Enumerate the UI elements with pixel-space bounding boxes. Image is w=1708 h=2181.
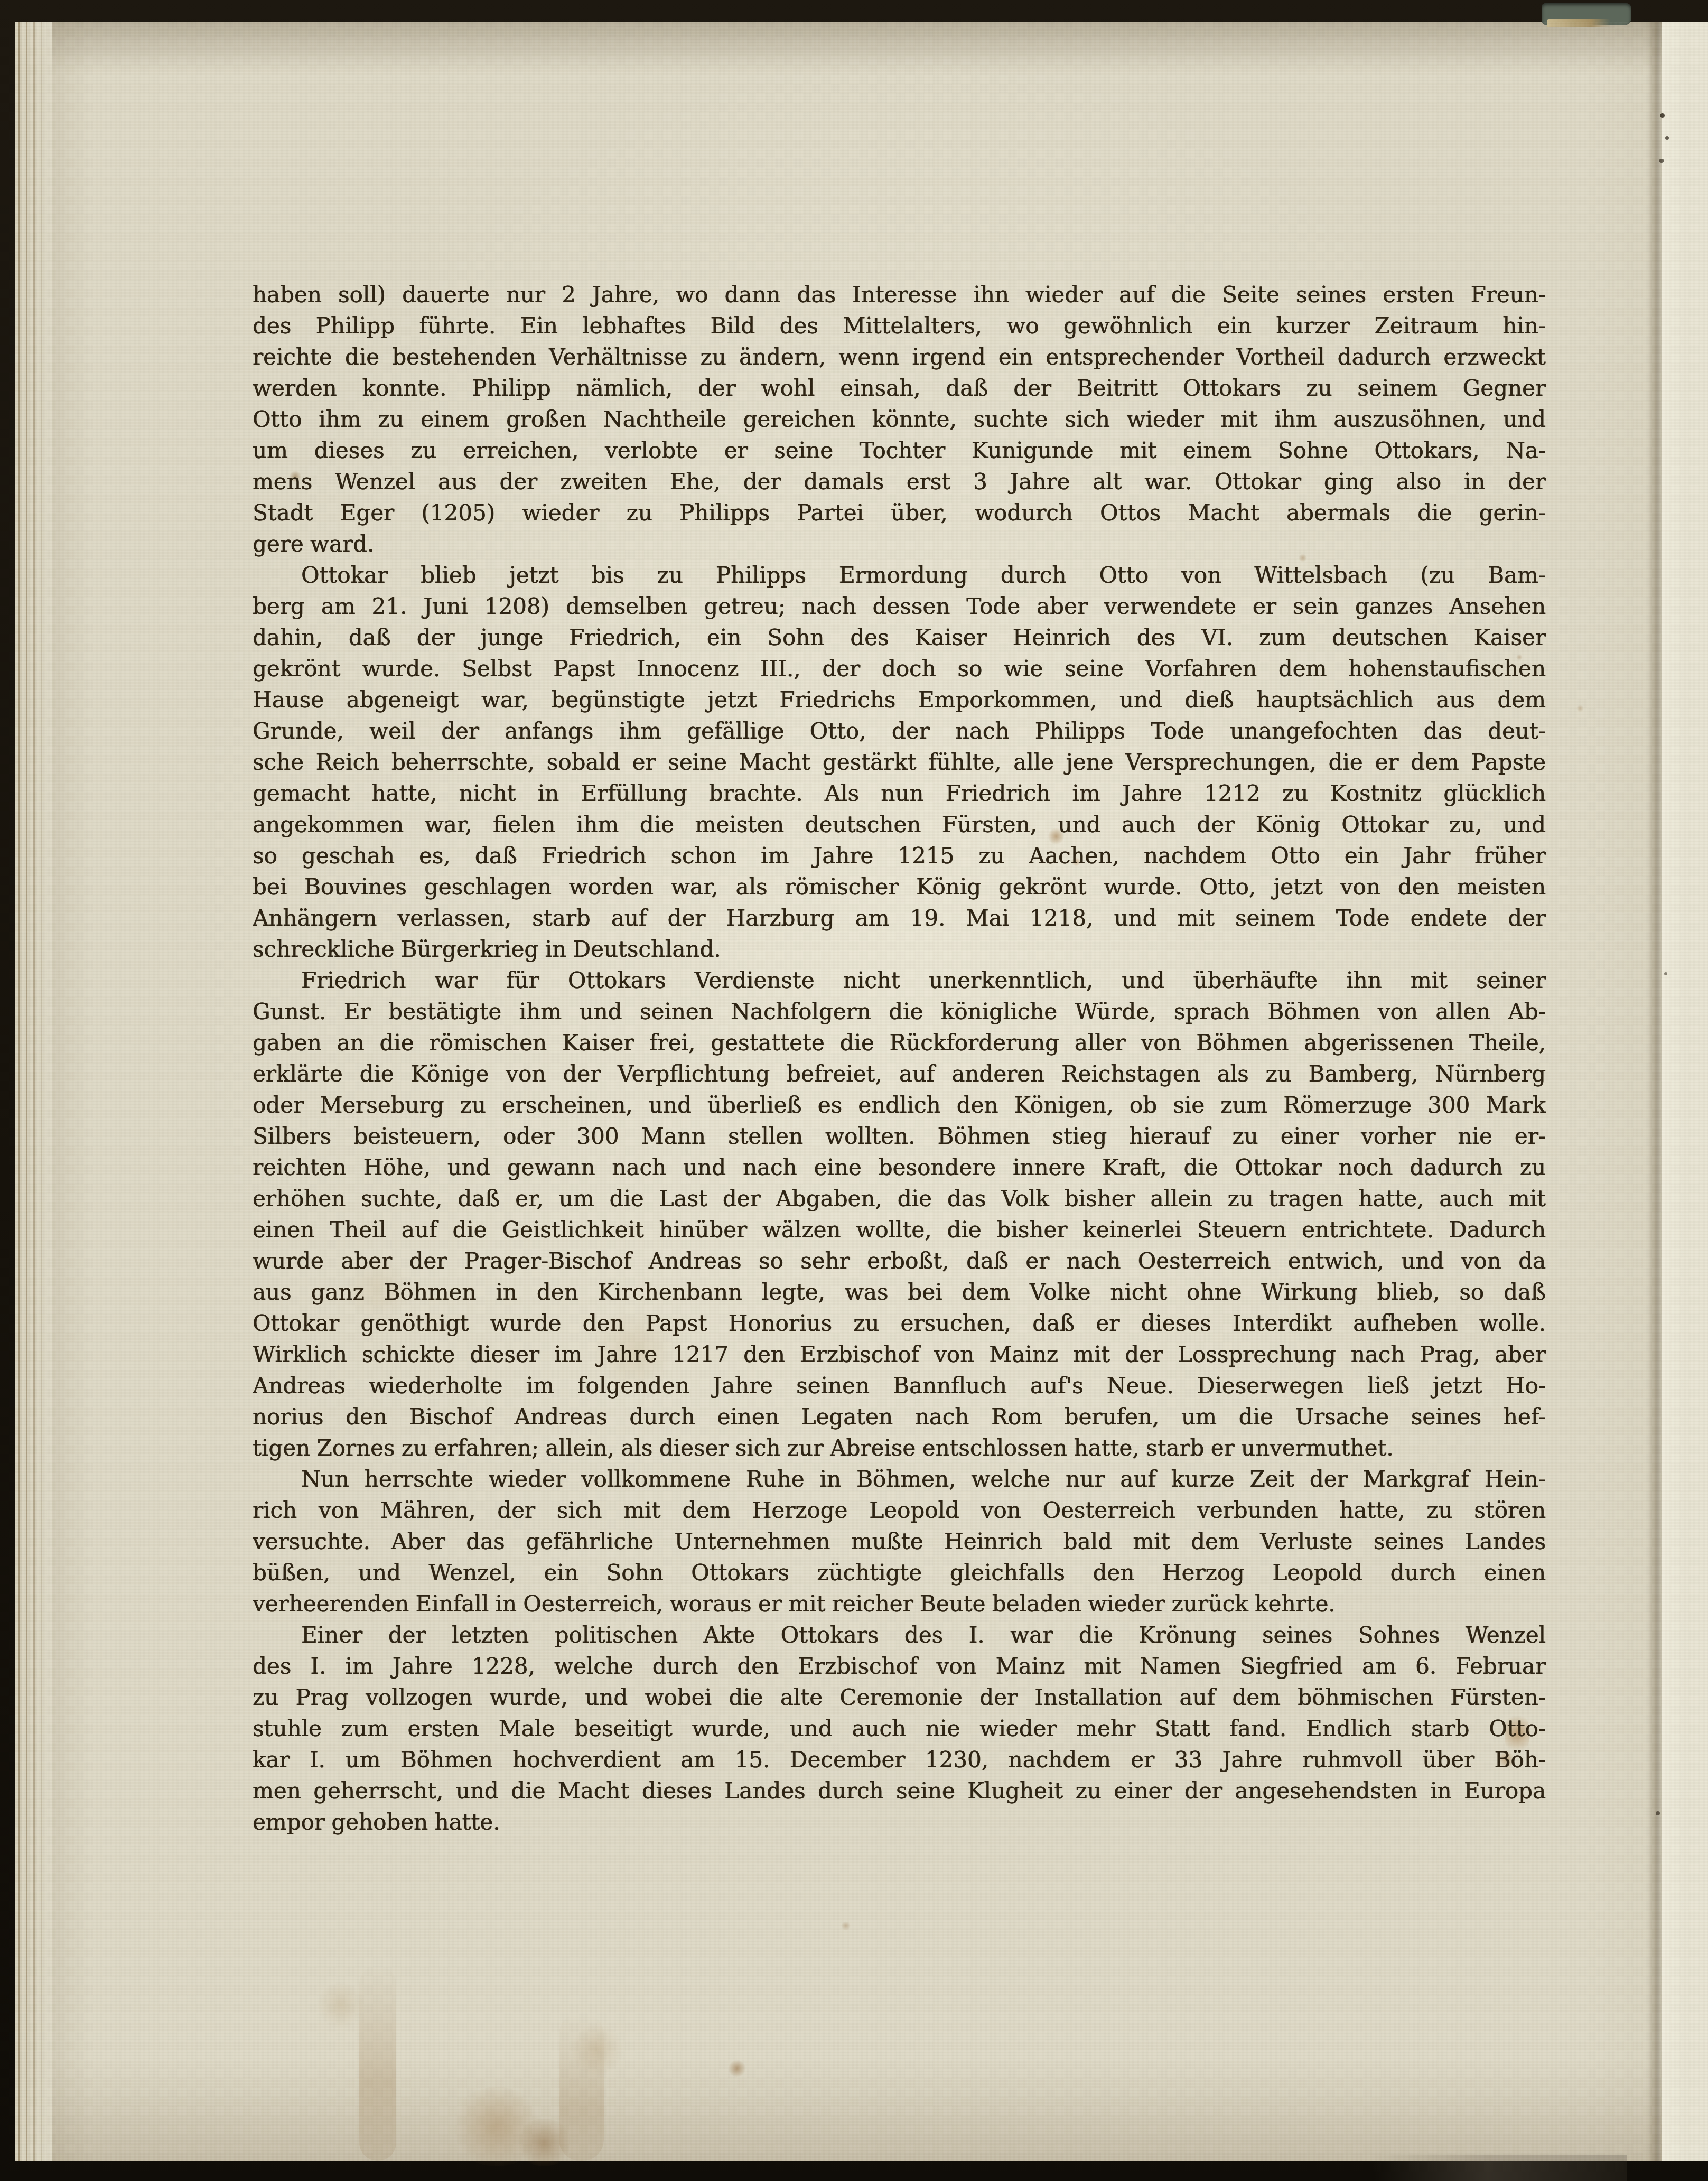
text-line: Gunst. Er bestätigte ihm und seinen Nach… [253, 996, 1546, 1027]
text-line: Ottokar blieb jetzt bis zu Philipps Ermo… [253, 560, 1546, 591]
text-line: versuchte. Aber das gefährliche Unterneh… [253, 1526, 1546, 1557]
text-line: bei Bouvines geschlagen worden war, als … [253, 871, 1546, 902]
text-line: rich von Mähren, der sich mit dem Herzog… [253, 1495, 1546, 1526]
text-line: stuhle zum ersten Male beseitigt wurde, … [253, 1713, 1546, 1744]
text-line: berg am 21. Juni 1208) demselben getreu;… [253, 591, 1546, 622]
text-line: oder Merseburg zu erscheinen, und überli… [253, 1089, 1546, 1121]
text-line: empor gehoben hatte. [253, 1806, 1546, 1838]
text-line: verheerenden Einfall in Oesterreich, wor… [253, 1588, 1546, 1619]
text-line: des I. im Jahre 1228, welche durch den E… [253, 1651, 1546, 1682]
text-line: werden konnte. Philipp nämlich, der wohl… [253, 372, 1546, 404]
text-line: Otto ihm zu einem großen Nachtheile gere… [253, 404, 1546, 435]
text-line: Stadt Eger (1205) wieder zu Philipps Par… [253, 497, 1546, 528]
text-line: aus ganz Böhmen in den Kirchenbann legte… [253, 1276, 1546, 1308]
text-line: so geschah es, daß Friedrich schon im Ja… [253, 840, 1546, 871]
text-line: angekommen war, fielen ihm die meisten d… [253, 809, 1546, 840]
text-line: Ottokar genöthigt wurde den Papst Honori… [253, 1308, 1546, 1339]
text-line: men geherrscht, und die Macht dieses Lan… [253, 1775, 1546, 1806]
text-line: wurde aber der Prager-Bischof Andreas so… [253, 1245, 1546, 1276]
text-line: sche Reich beherrschte, sobald er seine … [253, 747, 1546, 778]
text-line: norius den Bischof Andreas durch einen L… [253, 1401, 1546, 1432]
text-line: schreckliche Bürgerkrieg in Deutschland. [253, 934, 1546, 965]
text-line: Silbers beisteuern, oder 300 Mann stelle… [253, 1121, 1546, 1152]
text-line: tigen Zornes zu erfahren; allein, als di… [253, 1432, 1546, 1464]
text-line: Andreas wiederholte im folgenden Jahre s… [253, 1370, 1546, 1401]
text-line: kar I. um Böhmen hochverdient am 15. Dec… [253, 1744, 1546, 1775]
text-line: reichten Höhe, und gewann nach und nach … [253, 1152, 1546, 1183]
text-line: gemacht hatte, nicht in Erfüllung bracht… [253, 778, 1546, 809]
text-line: Einer der letzten politischen Akte Ottok… [253, 1619, 1546, 1651]
text-line: zu Prag vollzogen wurde, und wobei die a… [253, 1682, 1546, 1713]
text-block: haben soll) dauerte nur 2 Jahre, wo dann… [253, 279, 1546, 1838]
text-line: haben soll) dauerte nur 2 Jahre, wo dann… [253, 279, 1546, 310]
text-line: gekrönt wurde. Selbst Papst Innocenz III… [253, 653, 1546, 684]
text-line: Grunde, weil der anfangs ihm gefällige O… [253, 715, 1546, 747]
text-line: reichte die bestehenden Verhältnisse zu … [253, 341, 1546, 372]
text-line: büßen, und Wenzel, ein Sohn Ottokars züc… [253, 1557, 1546, 1588]
text-line: Nun herrschte wieder vollkommene Ruhe in… [253, 1464, 1546, 1495]
text-line: um dieses zu erreichen, verlobte er sein… [253, 435, 1546, 466]
text-line: gere ward. [253, 528, 1546, 560]
text-line: erklärte die Könige von der Verpflichtun… [253, 1058, 1546, 1089]
text-line: erhöhen suchte, daß er, um die Last der … [253, 1183, 1546, 1214]
text-line: des Philipp führte. Ein lebhaftes Bild d… [253, 310, 1546, 341]
scan-root: { "document": { "paragraphs": [ { "inden… [0, 0, 1708, 2181]
text-line: Wirklich schickte dieser im Jahre 1217 d… [253, 1339, 1546, 1370]
text-line: einen Theil auf die Geistlichkeit hinübe… [253, 1214, 1546, 1245]
text-line: Friedrich war für Ottokars Verdienste ni… [253, 965, 1546, 996]
text-line: dahin, daß der junge Friedrich, ein Sohn… [253, 622, 1546, 653]
text-line: Hause abgeneigt war, begünstigte jetzt F… [253, 684, 1546, 715]
text-line: gaben an die römischen Kaiser frei, gest… [253, 1027, 1546, 1058]
text-line: mens Wenzel aus der zweiten Ehe, der dam… [253, 466, 1546, 497]
text-line: Anhängern verlassen, starb auf der Harzb… [253, 902, 1546, 934]
